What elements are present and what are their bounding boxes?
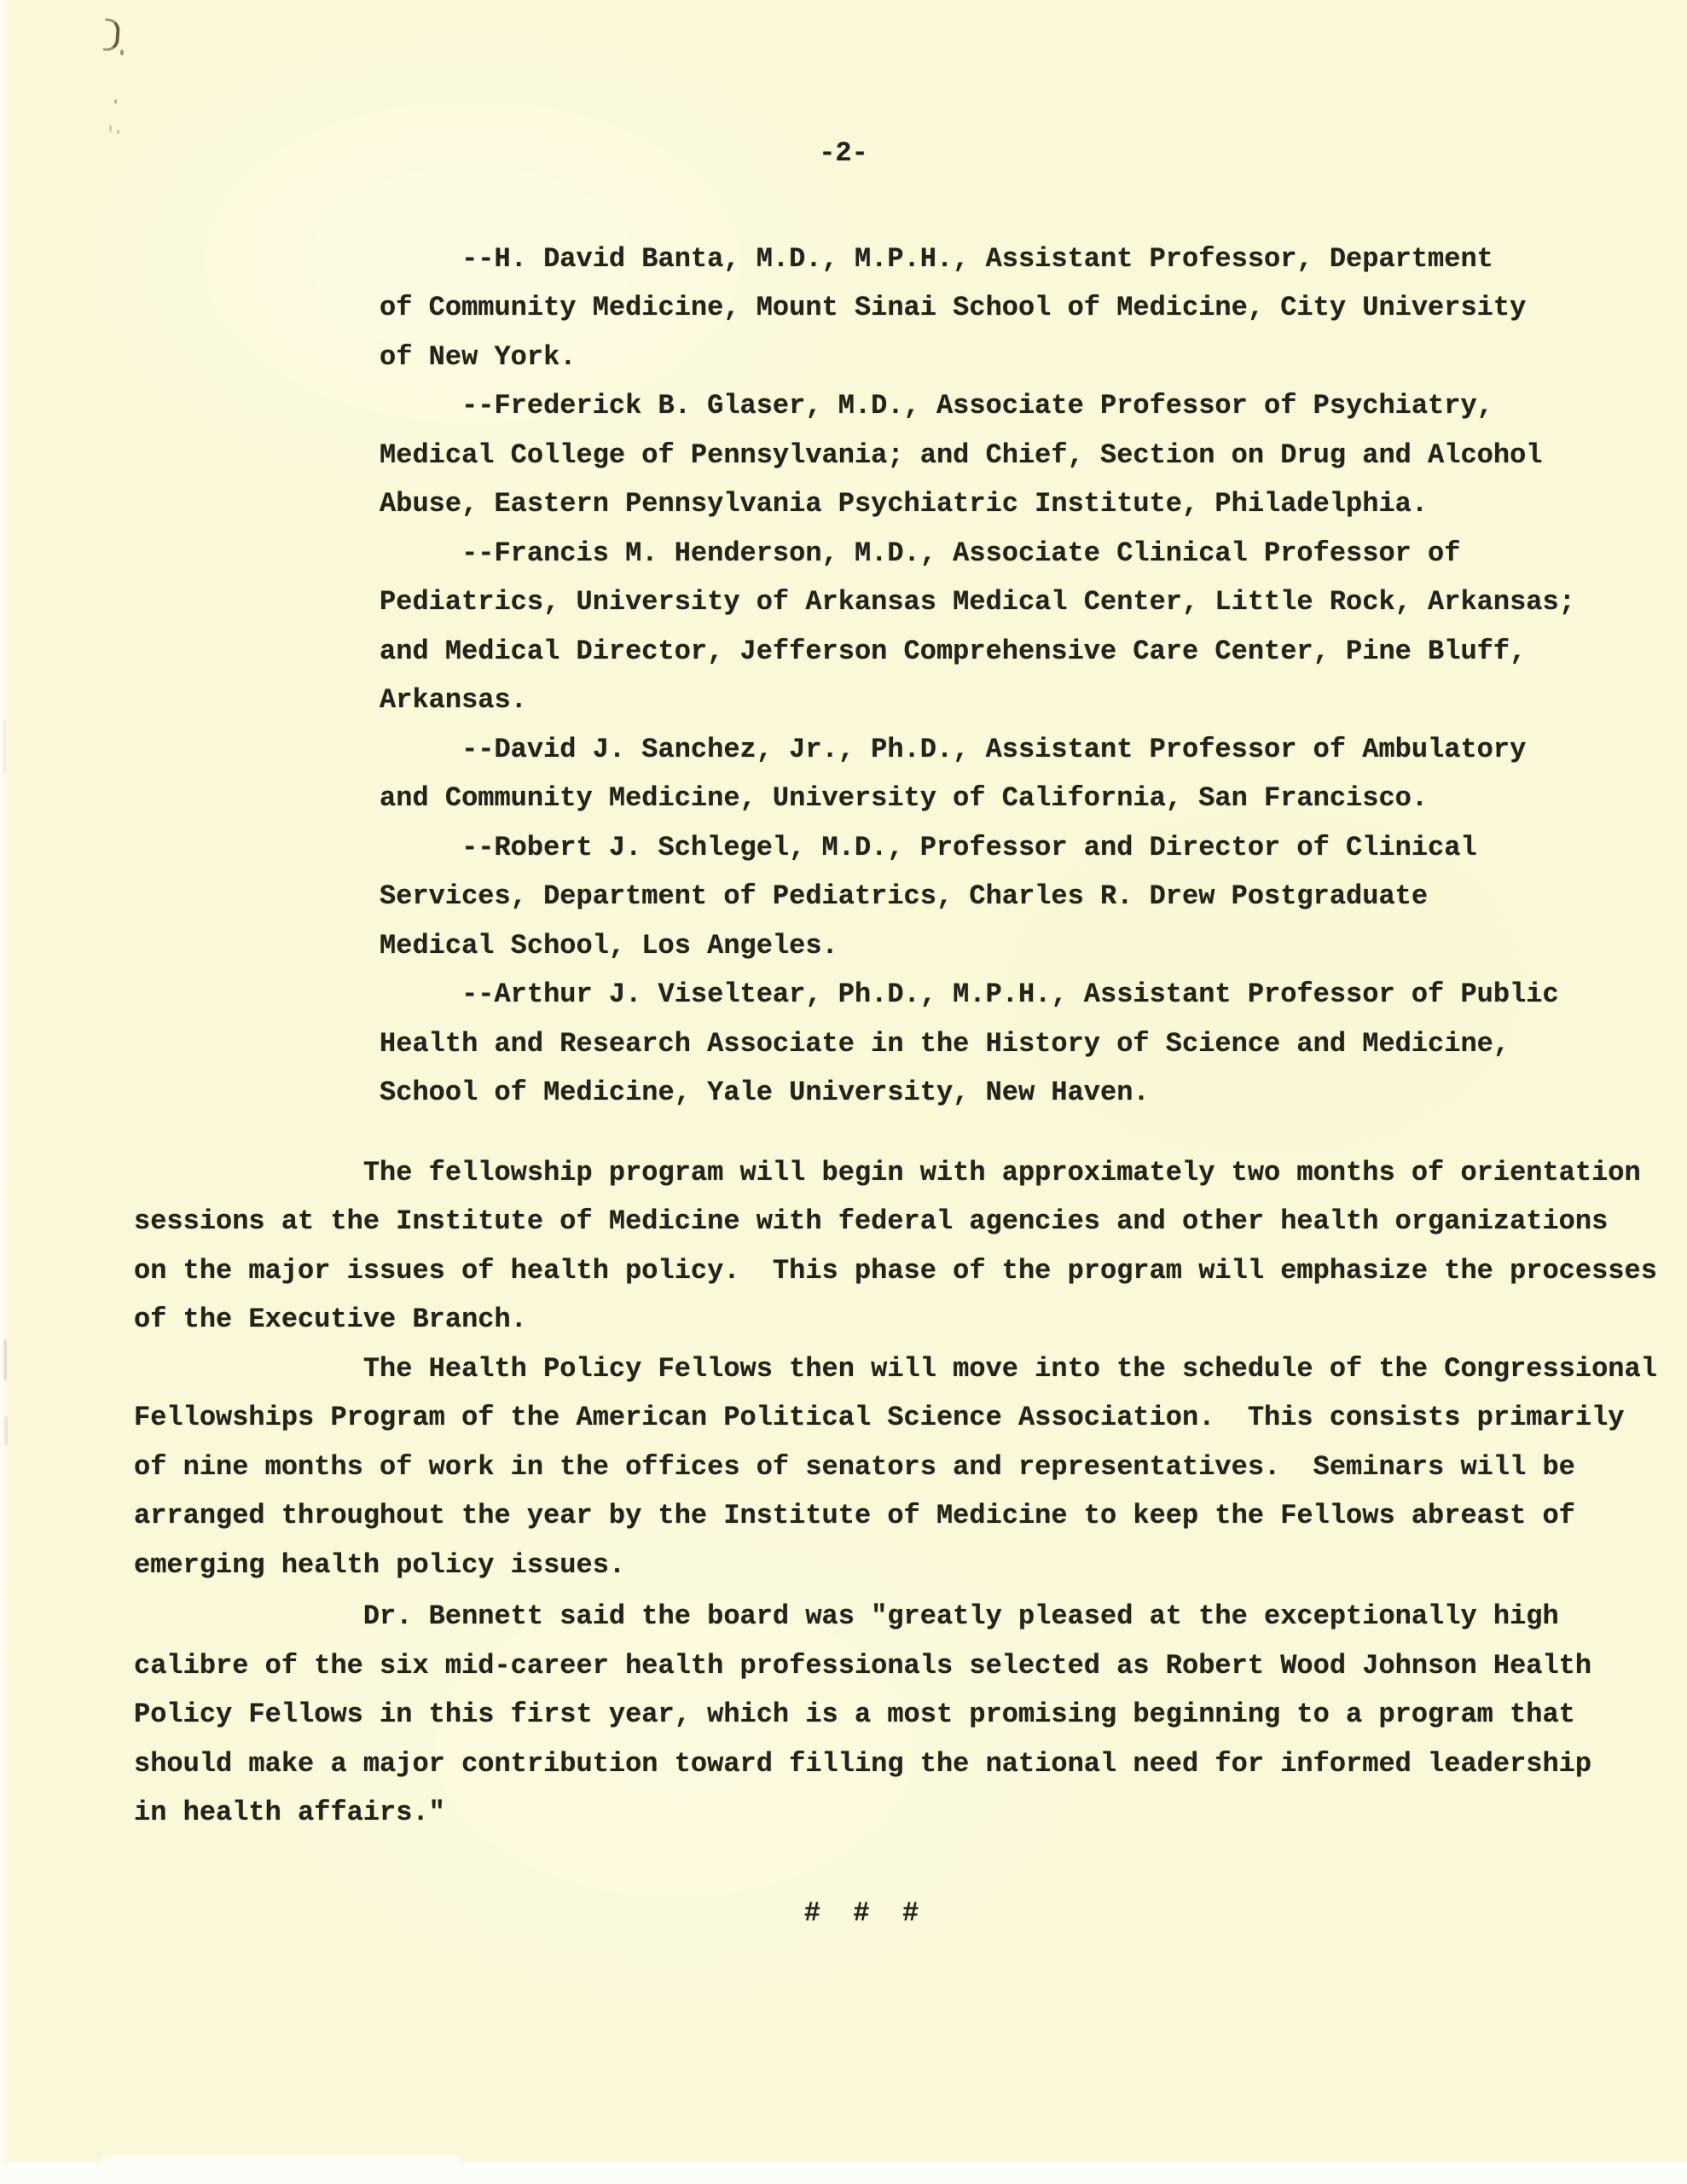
- end-mark: # # #: [18, 1889, 1687, 1938]
- text-line: should make a major contribution toward …: [134, 1740, 1678, 1789]
- text-line: --Robert J. Schlegel, M.D., Professor an…: [380, 823, 1678, 873]
- scan-edge-bottom-highlight: [102, 2155, 461, 2167]
- text-line: School of Medicine, Yale University, New…: [380, 1068, 1678, 1118]
- scan-speck: [114, 99, 117, 104]
- text-line: sessions at the Institute of Medicine wi…: [134, 1197, 1678, 1246]
- fellow-entry: --David J. Sanchez, Jr., Ph.D., Assistan…: [380, 725, 1678, 823]
- scan-edge-left: [0, 0, 8, 2184]
- handwritten-mark: [103, 18, 121, 51]
- text-line: --Francis M. Henderson, M.D., Associate …: [380, 529, 1678, 578]
- scan-speck: [120, 49, 124, 55]
- page-body: --H. David Banta, M.D., M.P.H., Assistan…: [134, 235, 1678, 1838]
- text-line: in health affairs.": [134, 1788, 1678, 1838]
- text-line: --H. David Banta, M.D., M.P.H., Assistan…: [380, 235, 1678, 284]
- text-line: of Community Medicine, Mount Sinai Schoo…: [380, 283, 1678, 333]
- text-line: and Community Medicine, University of Ca…: [380, 774, 1678, 823]
- text-line: Services, Department of Pediatrics, Char…: [380, 872, 1678, 921]
- fellow-entry: --Frederick B. Glaser, M.D., Associate P…: [380, 381, 1678, 529]
- text-line: on the major issues of health policy. Th…: [134, 1246, 1678, 1296]
- fellow-entry: --Arthur J. Viseltear, Ph.D., M.P.H., As…: [380, 970, 1678, 1118]
- text-line: Health and Research Associate in the His…: [380, 1019, 1678, 1069]
- fellows-list: --H. David Banta, M.D., M.P.H., Assistan…: [134, 235, 1678, 1118]
- text-line: Fellowships Program of the American Poli…: [134, 1393, 1678, 1443]
- text-line: --Arthur J. Viseltear, Ph.D., M.P.H., As…: [380, 970, 1678, 1019]
- fellow-entry: --Robert J. Schlegel, M.D., Professor an…: [380, 823, 1678, 971]
- text-line: and Medical Director, Jefferson Comprehe…: [380, 627, 1678, 677]
- document-page: -2- --H. David Banta, M.D., M.P.H., Assi…: [0, 0, 1687, 2184]
- text-line: arranged throughout the year by the Inst…: [134, 1491, 1678, 1541]
- text-line: --David J. Sanchez, Jr., Ph.D., Assistan…: [380, 725, 1678, 775]
- text-line: Policy Fellows in this first year, which…: [134, 1690, 1678, 1740]
- text-line: The fellowship program will begin with a…: [134, 1148, 1678, 1198]
- text-line: Arkansas.: [380, 676, 1678, 725]
- text-line: calibre of the six mid-career health pro…: [134, 1641, 1678, 1691]
- text-line: Medical College of Pennsylvania; and Chi…: [380, 431, 1678, 480]
- text-line: emerging health policy issues.: [134, 1541, 1678, 1590]
- scan-speck: [109, 125, 112, 132]
- text-line: of the Executive Branch.: [134, 1295, 1678, 1345]
- text-line: Medical School, Los Angeles.: [380, 921, 1678, 971]
- text-line: Dr. Bennett said the board was "greatly …: [134, 1592, 1678, 1641]
- page-number: -2-: [0, 129, 1687, 178]
- body-paragraph: Dr. Bennett said the board was "greatly …: [134, 1592, 1678, 1838]
- text-line: of nine months of work in the offices of…: [134, 1443, 1678, 1492]
- body-paragraph: The Health Policy Fellows then will move…: [134, 1345, 1678, 1590]
- text-line: Abuse, Eastern Pennsylvania Psychiatric …: [380, 479, 1678, 529]
- scan-speck: [117, 130, 119, 134]
- text-line: of New York.: [380, 333, 1678, 382]
- body-paragraph: The fellowship program will begin with a…: [134, 1148, 1678, 1345]
- text-line: --Frederick B. Glaser, M.D., Associate P…: [380, 381, 1678, 431]
- text-line: The Health Policy Fellows then will move…: [134, 1345, 1678, 1394]
- fellow-entry: --Francis M. Henderson, M.D., Associate …: [380, 529, 1678, 725]
- text-line: Pediatrics, University of Arkansas Medic…: [380, 578, 1678, 627]
- fellow-entry: --H. David Banta, M.D., M.P.H., Assistan…: [380, 235, 1678, 382]
